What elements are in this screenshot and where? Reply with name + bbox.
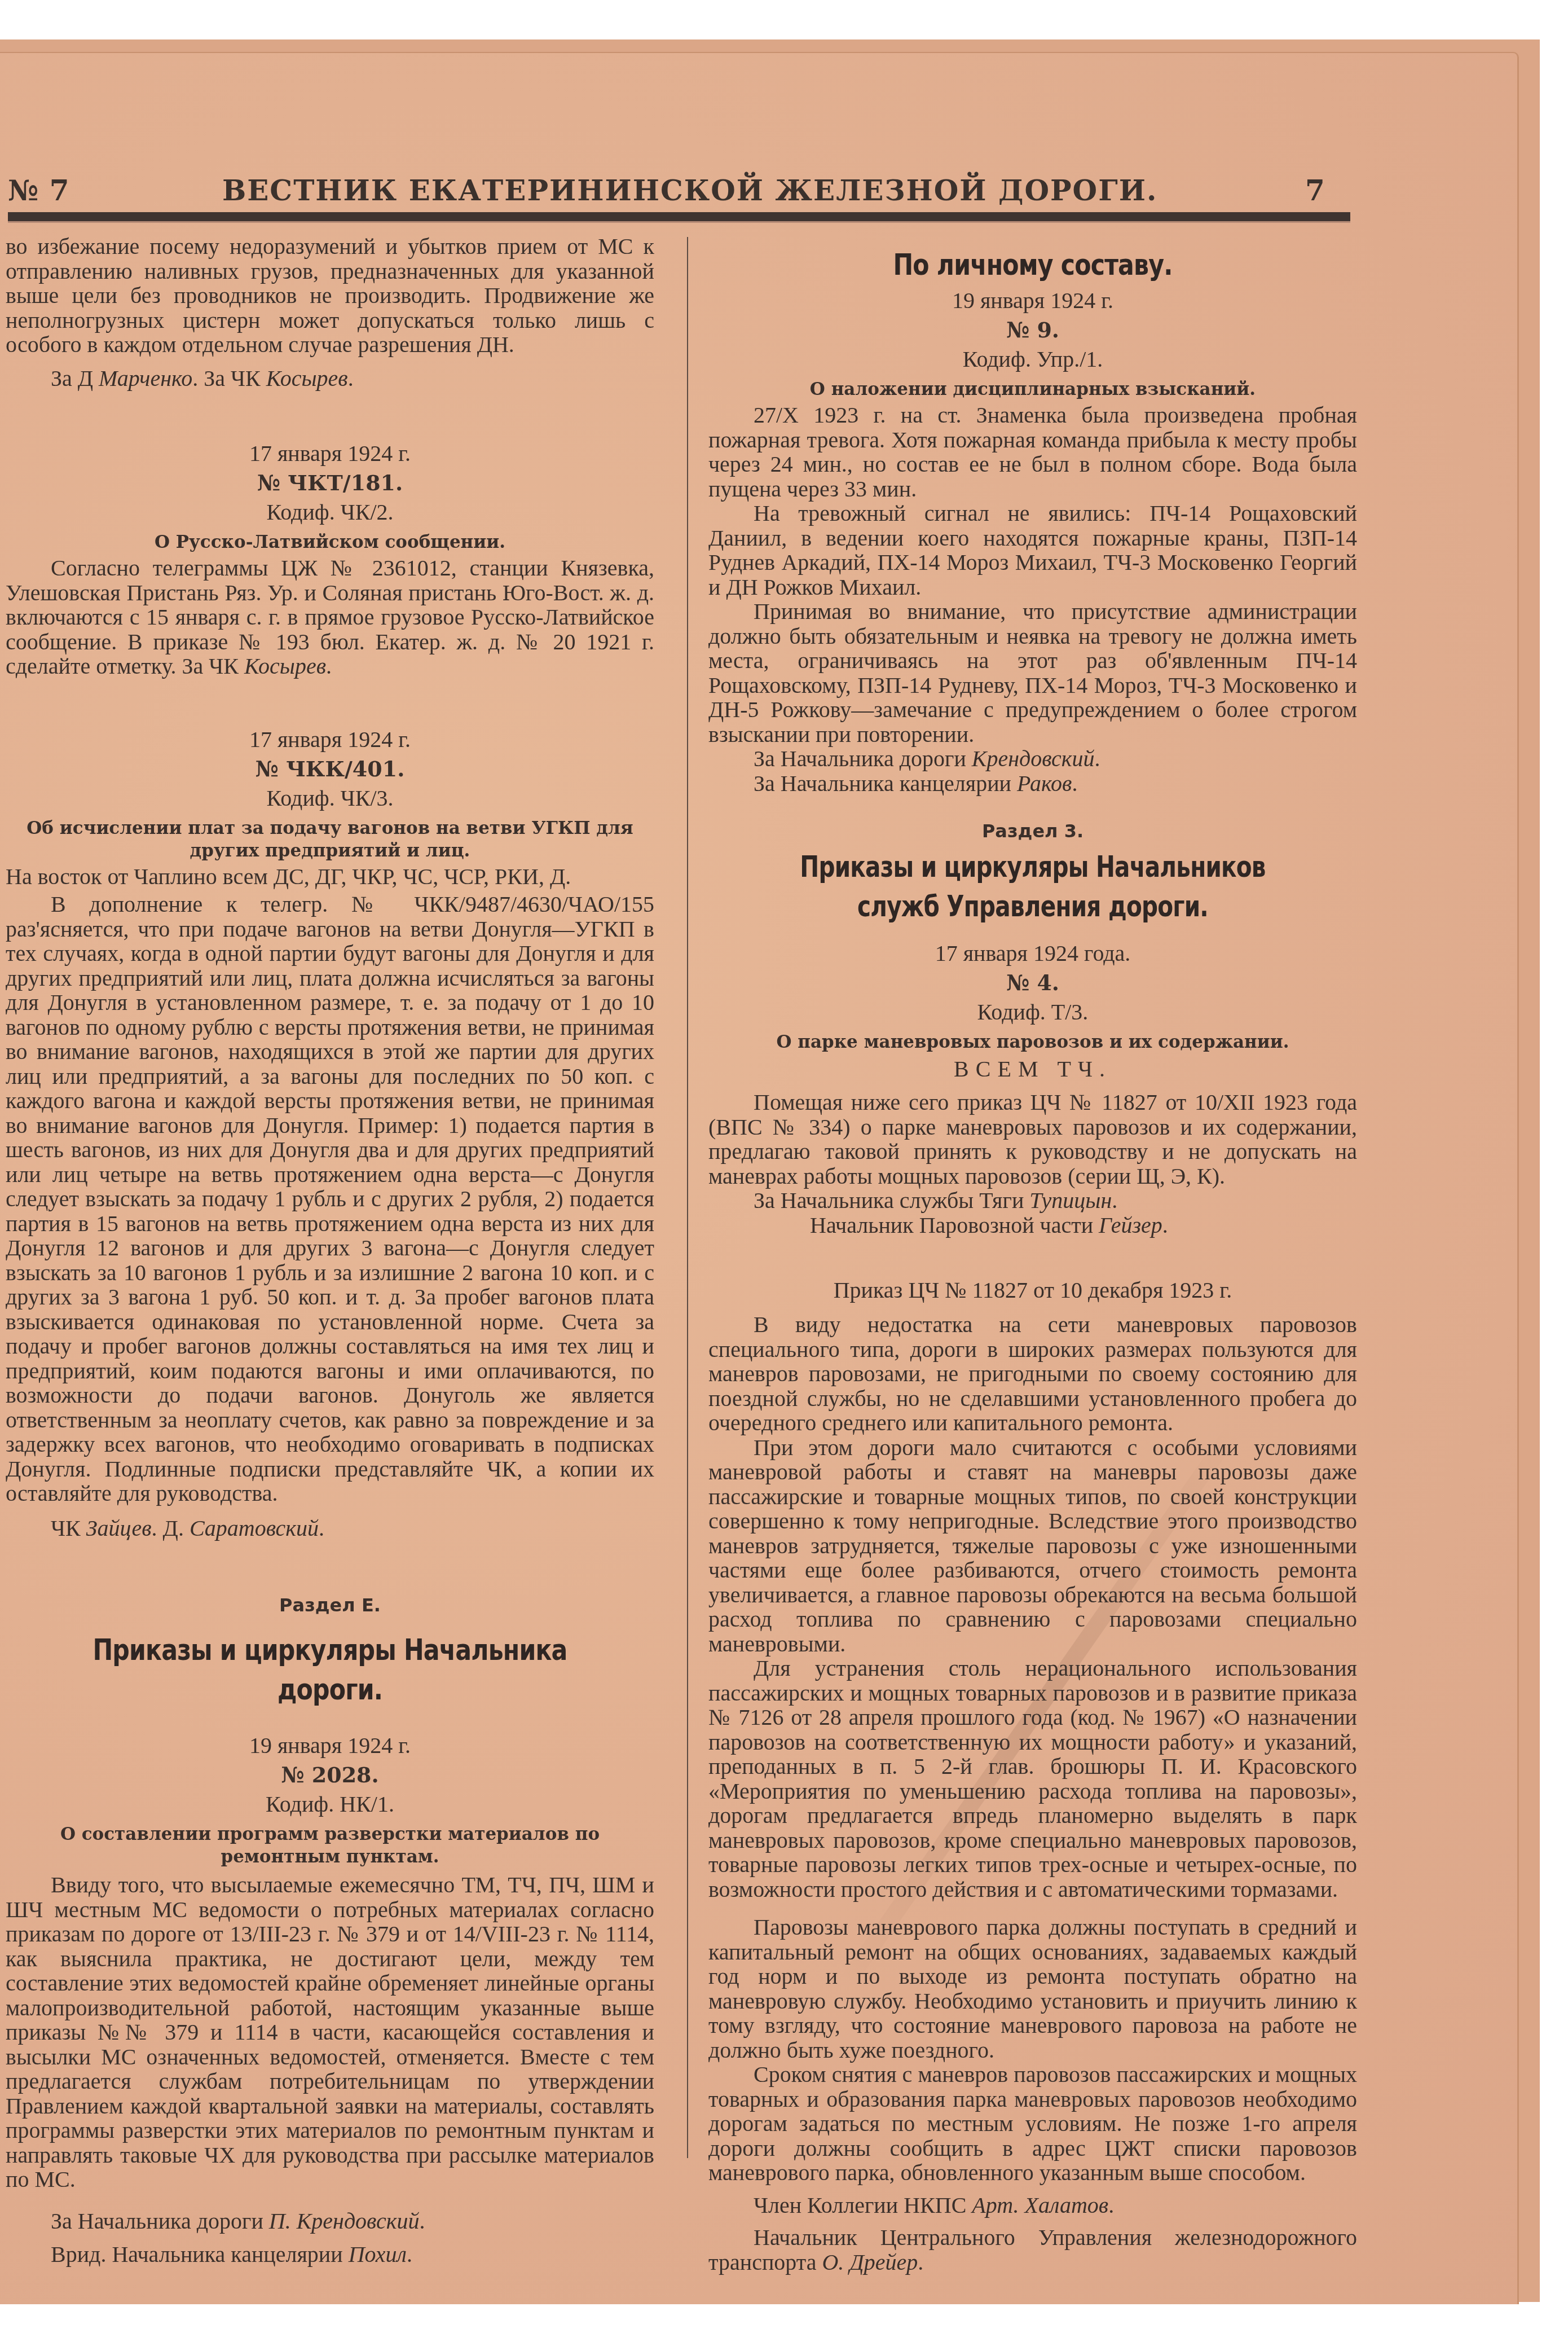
order-chkt-181: 17 января 1924 г. № ЧКТ/181. Кодиф. ЧК/2… [6, 440, 654, 679]
order-kodif: Кодиф. Упр./1. [708, 346, 1357, 372]
order-date: 17 января 1924 года. [708, 940, 1357, 966]
order-paragraph: Паровозы маневрового парка должны поступ… [708, 1915, 1357, 2062]
order-signature-2: Начальник Центрального Управления железн… [708, 2225, 1357, 2274]
continuation-text: во избежание посему недоразумений и убыт… [6, 234, 654, 357]
order-number: № ЧКК/401. [6, 756, 654, 781]
order-number: № 2028. [6, 1762, 654, 1787]
section-title: По личному составу. [767, 245, 1299, 285]
order-text: Помещая ниже сего приказ ЦЧ № 11827 от 1… [708, 1090, 1357, 1188]
order-paragraph: На тревожный сигнал не явились: ПЧ-14 Ро… [708, 501, 1357, 599]
order-paragraph: 27/X 1923 г. на ст. Знаменка была произв… [708, 403, 1357, 501]
order-paragraph: Сроком снятия с маневров паровозов пасса… [708, 2062, 1357, 2185]
order-date: 17 января 1924 г. [6, 726, 654, 753]
section-title: Приказы и циркуляры Начальника дороги. [64, 1631, 596, 1710]
order-date: 17 января 1924 г. [6, 440, 654, 467]
order-signature-1: За Начальника дороги Крендовский. [708, 746, 1357, 771]
order-kodif: Кодиф. ЧК/2. [6, 499, 654, 525]
order-number: № 9. [708, 317, 1357, 342]
section-label: Раздел Е. [6, 1594, 654, 1616]
section-title: Приказы и циркуляры Начальников служб Уп… [780, 847, 1286, 926]
order-date: 19 января 1924 г. [6, 1732, 654, 1759]
order-paragraph: Для устранения столь нерационального исп… [708, 1656, 1357, 1901]
order-kodif: Кодиф. НК/1. [6, 1791, 654, 1817]
continuation-signature: За Д Марченко. За ЧК Косырев. [6, 366, 654, 391]
order-signature-2: Врид. Начальника канцелярии Похил. [6, 2242, 654, 2267]
header-rule [8, 212, 1350, 223]
order-kodif: Кодиф. Т/3. [708, 999, 1357, 1025]
order-text: В дополнение к телегр. № ЧКК/9487/4630/Ч… [6, 892, 654, 1506]
order-number: № 4. [708, 970, 1357, 995]
order-subject: О наложении дисциплинарных взысканий. [708, 378, 1357, 401]
personnel-section: По личному составу. 19 января 1924 г. № … [708, 245, 1357, 796]
order-paragraph: При этом дороги мало считаются с особыми… [708, 1435, 1357, 1657]
order-number: № ЧКТ/181. [6, 470, 654, 495]
publication-title: ВЕСТНИК ЕКАТЕРИНИНСКОЙ ЖЕЛЕЗНОЙ ДОРОГИ. [222, 174, 1157, 207]
section-3: Раздел 3. Приказы и циркуляры Начальнико… [708, 820, 1357, 926]
column-divider [687, 237, 688, 2158]
order-addressees: ВСЕМ ТЧ. [708, 1056, 1357, 1082]
order-4: 17 января 1924 года. № 4. Кодиф. Т/3. О … [708, 940, 1357, 1237]
order-signature-2: За Начальника канцелярии Раков. [708, 771, 1357, 796]
order-text: Ввиду того, что высылаемые ежемесячно ТМ… [6, 1873, 654, 2192]
page-content: № 7 ВЕСТНИК ЕКАТЕРИНИНСКОЙ ЖЕЛЕЗНОЙ ДОРО… [0, 0, 1568, 2333]
order-cch-11827: Приказ ЦЧ № 11827 от 10 декабря 1923 г. … [708, 1277, 1357, 2274]
order-subject: О Русско-Латвийском сообщении. [6, 531, 654, 553]
order-kodif: Кодиф. ЧК/3. [6, 785, 654, 811]
page-header: № 7 ВЕСТНИК ЕКАТЕРИНИНСКОЙ ЖЕЛЕЗНОЙ ДОРО… [8, 174, 1350, 208]
order-signature-2: Начальник Паровозной части Гейзер. [708, 1213, 1357, 1238]
right-column: По личному составу. 19 января 1924 г. № … [708, 234, 1357, 2274]
order-paragraph: В виду недостатка на сети маневровых пар… [708, 1312, 1357, 1435]
section-label: Раздел 3. [708, 820, 1357, 842]
order-signature-1: За Начальника службы Тяги Тупицын. [708, 1188, 1357, 1213]
order-subject: О парке маневровых паровозов и их содерж… [708, 1031, 1357, 1053]
continuation-block: во избежание посему недоразумений и убыт… [6, 234, 654, 390]
section-e: Раздел Е. Приказы и циркуляры Начальника… [6, 1594, 654, 1710]
order-text: Согласно телеграммы ЦЖ № 2361012, станци… [6, 556, 654, 679]
order-paragraph: Принимая во внимание, что присутствие ад… [708, 599, 1357, 746]
order-2028: 19 января 1924 г. № 2028. Кодиф. НК/1. О… [6, 1732, 654, 2267]
order-chkk-401: 17 января 1924 г. № ЧКК/401. Кодиф. ЧК/3… [6, 726, 654, 1541]
order-date: 19 января 1924 г. [708, 287, 1357, 314]
order-signature-1: За Начальника дороги П. Крендовский. [6, 2209, 654, 2234]
order-addressees: На восток от Чаплино всем ДС, ДГ, ЧКР, Ч… [6, 864, 654, 889]
order-heading: Приказ ЦЧ № 11827 от 10 декабря 1923 г. [708, 1277, 1357, 1303]
order-subject: Об исчислении плат за подачу вагонов на … [6, 817, 654, 862]
issue-number: № 7 [8, 174, 70, 207]
order-signature-1: Член Коллегии НКПС Арт. Халатов. [708, 2193, 1357, 2218]
page-number: 7 [1305, 174, 1325, 207]
left-column: во избежание посему недоразумений и убыт… [6, 234, 654, 2267]
order-subject: О составлении программ разверстки матери… [6, 1823, 654, 1868]
order-signature: ЧК Зайцев. Д. Саратовский. [6, 1516, 654, 1541]
